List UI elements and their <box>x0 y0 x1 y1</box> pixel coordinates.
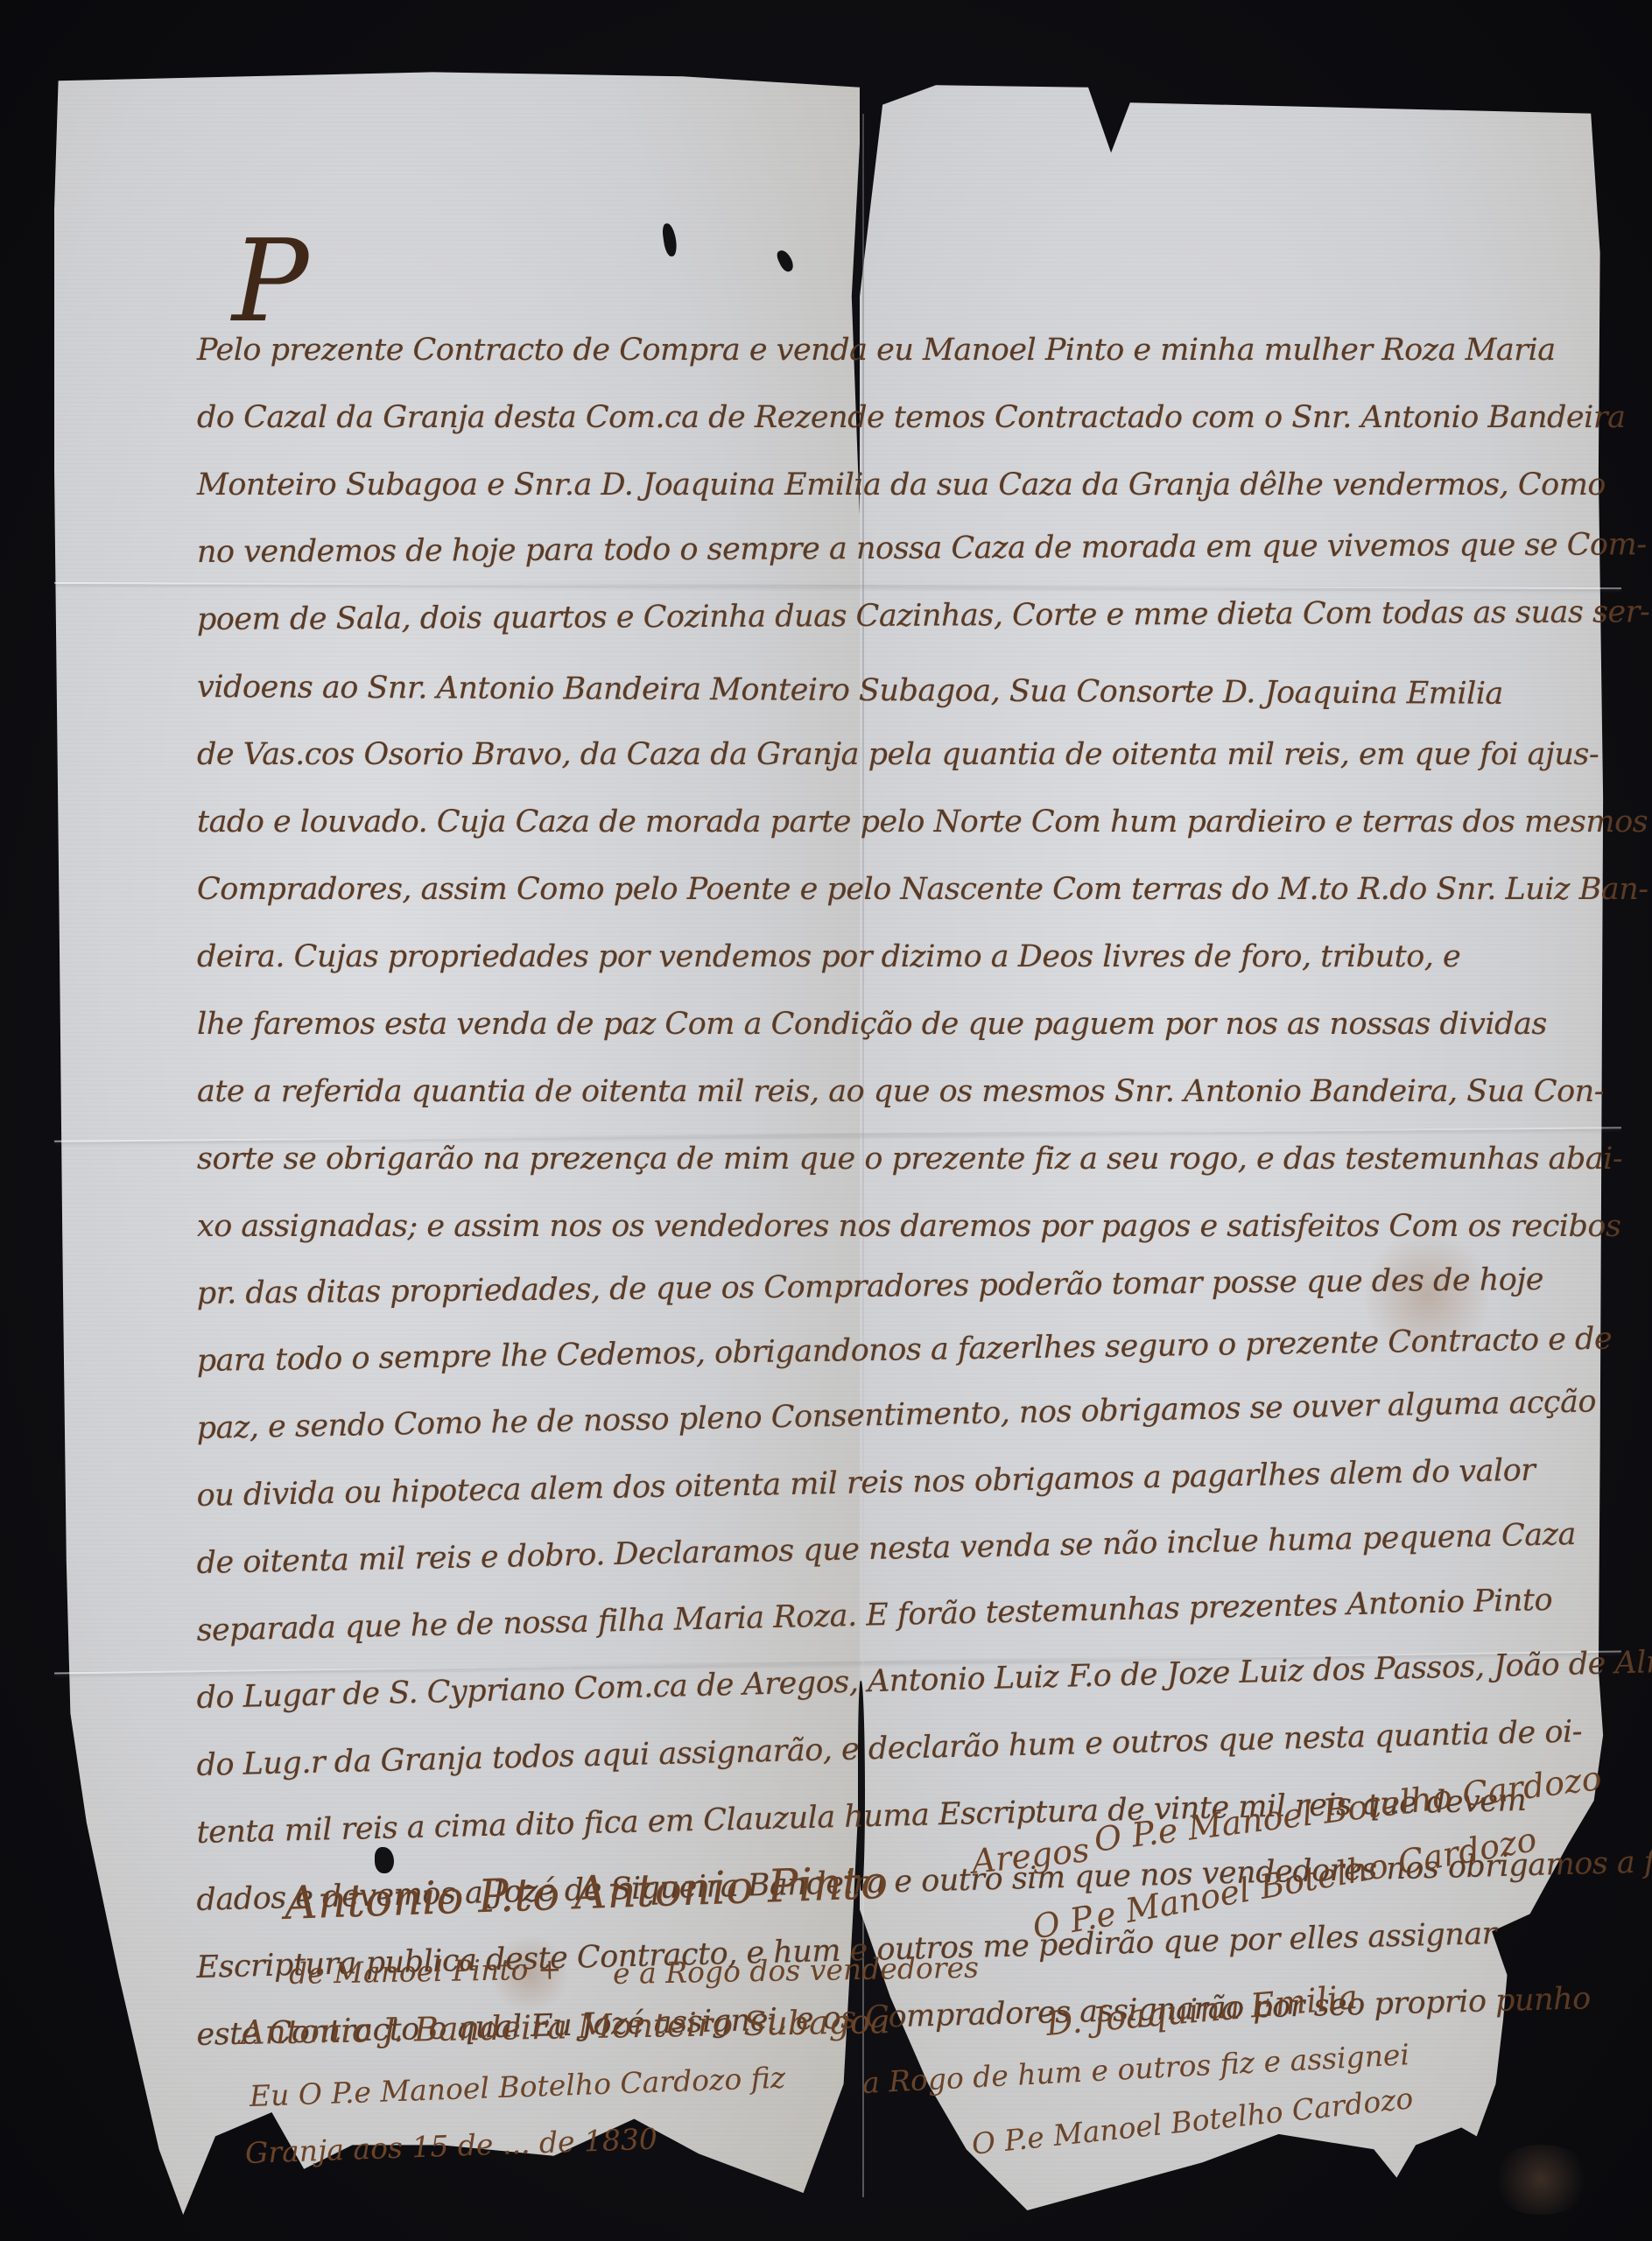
manuscript-line: de Vas.cos Osorio Bravo, da Caza da Gran… <box>197 737 1598 804</box>
manuscript-line: Compradores, assim Como pelo Poente e pe… <box>197 872 1598 939</box>
manuscript-line: deira. Cujas propriedades por vendemos p… <box>197 939 1598 1007</box>
manuscript-line: sorte se obrigarão na prezença de mim qu… <box>197 1142 1598 1209</box>
signature-seller-mark: de Manoel Pinto + <box>289 1952 562 1991</box>
manuscript-line: Pelo prezente Contracto de Compra e vend… <box>197 333 1598 400</box>
manuscript-line: tado e louvado. Cuja Caza de morada part… <box>197 804 1598 872</box>
paper-stain <box>1488 2145 1593 2215</box>
manuscript-line: do Cazal da Granja desta Com.ca de Rezen… <box>197 400 1598 467</box>
manuscript-line: poem de Sala, dois quartos e Cozinha dua… <box>197 595 1598 670</box>
signature-note-rogo: e a Rogo dos vendedores <box>613 1950 980 1991</box>
manuscript-line: no vendemos de hoje para todo o sempre a… <box>197 528 1598 602</box>
decorative-initial: P <box>232 214 308 348</box>
manuscript-line: lhe faremos esta venda de paz Com a Cond… <box>197 1007 1598 1074</box>
manuscript-line: vidoens ao Snr. Antonio Bandeira Monteir… <box>197 670 1598 744</box>
manuscript-line: Monteiro Subagoa e Snr.a D. Joaquina Emi… <box>197 467 1598 535</box>
manuscript-line: ate a referida quantia de oitenta mil re… <box>197 1074 1598 1142</box>
